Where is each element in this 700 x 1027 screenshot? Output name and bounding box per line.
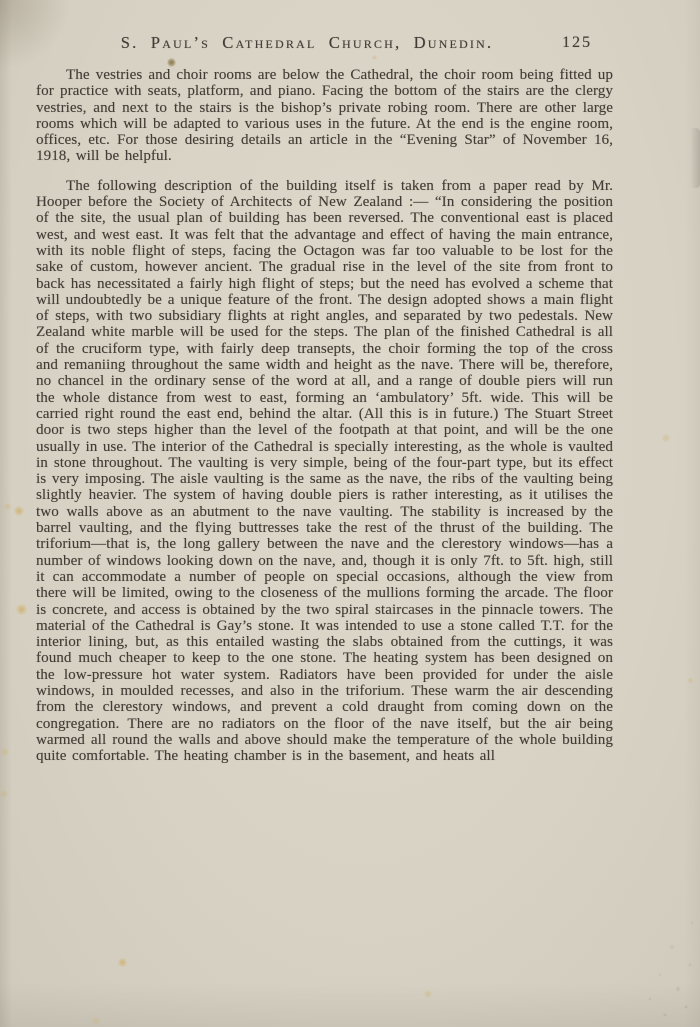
- foxing-spot: [372, 55, 377, 60]
- foxing-spot: [687, 678, 694, 683]
- page-body: The vestries and choir rooms are below t…: [36, 67, 613, 764]
- book-page: S. Paul’s Cathedral Church, Dunedin. 125…: [0, 0, 700, 1027]
- foxing-spot: [1, 748, 9, 756]
- foxing-spot: [14, 506, 24, 516]
- foxing-spot: [16, 604, 27, 615]
- foxing-spot: [424, 990, 432, 998]
- foxing-spot: [4, 503, 11, 510]
- foxing-spot: [92, 1017, 100, 1025]
- page-number: 125: [562, 34, 592, 52]
- foxing-spot: [118, 958, 127, 967]
- foxing-spot: [0, 790, 8, 798]
- paragraph-vestries: The vestries and choir rooms are below t…: [36, 67, 613, 165]
- running-title: S. Paul’s Cathedral Church, Dunedin.: [36, 33, 578, 53]
- paragraph-hooper-description: The following description of the buildin…: [36, 178, 613, 765]
- scan-edge-smudge: [690, 128, 700, 188]
- foxing-spot: [662, 434, 670, 442]
- scan-speckles: [620, 887, 700, 1027]
- ink-spot: [167, 58, 176, 67]
- page-header: S. Paul’s Cathedral Church, Dunedin. 125: [36, 33, 614, 55]
